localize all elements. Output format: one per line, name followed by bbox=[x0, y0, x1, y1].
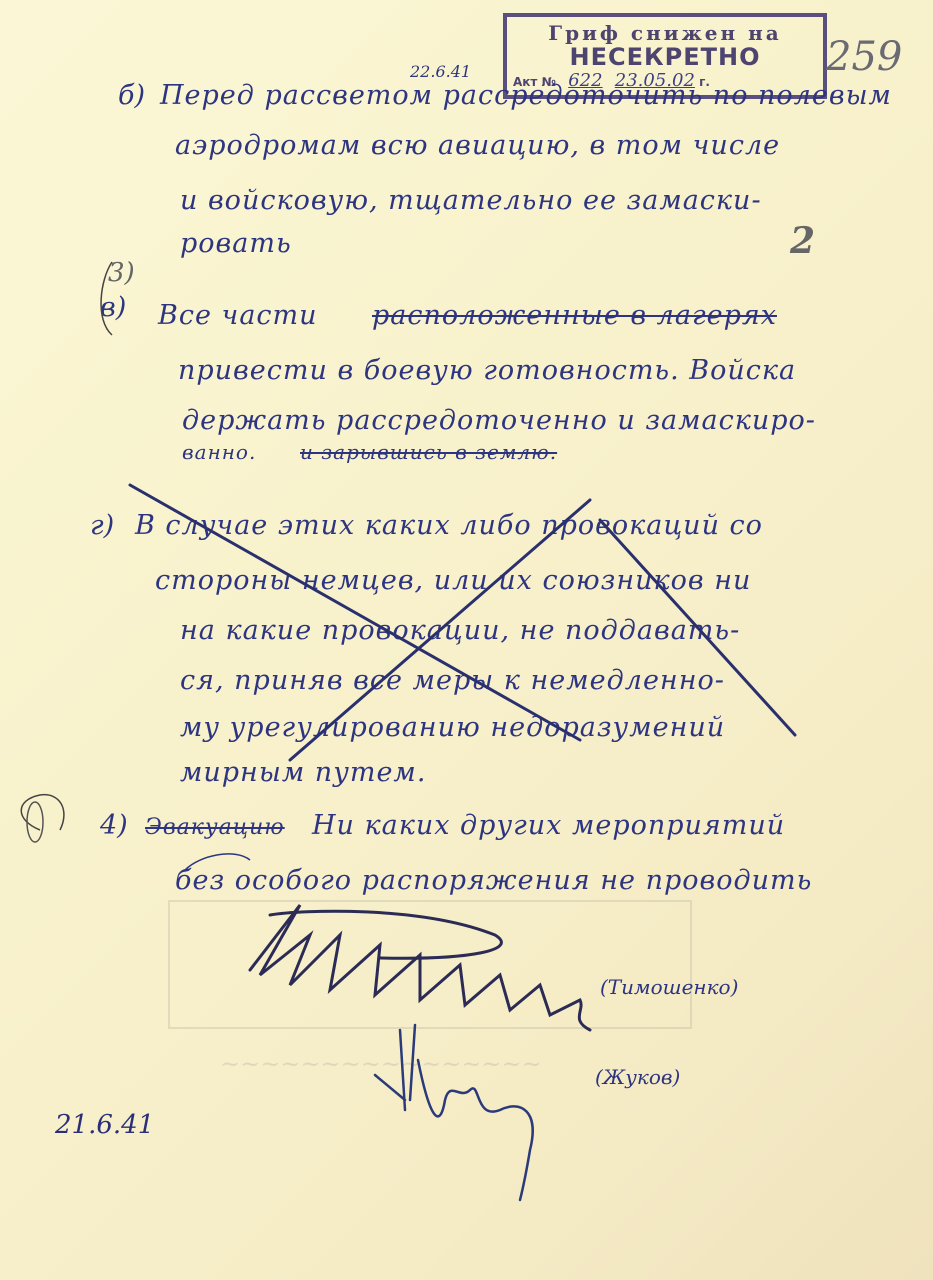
faded-background-stamp bbox=[168, 900, 692, 1029]
paragraph-4-line-1: Ни каких других мероприятий bbox=[312, 810, 785, 841]
paragraph-v-struck-1: расположенные в лагерях bbox=[372, 300, 777, 331]
signatory-name-timoshenko: (Тимошенко) bbox=[600, 975, 738, 999]
paragraph-4-struck-prefix: Эвакуацию bbox=[145, 815, 285, 840]
pencil-mark: 2 bbox=[790, 220, 815, 262]
paragraph-b-line-2: аэродромам всю авиацию, в том числе bbox=[175, 130, 780, 161]
document-page: ~~~~~~~~~~~~~~~~ Гриф снижен на НЕСЕКРЕТ… bbox=[0, 0, 933, 1280]
paragraph-b-line-1: Перед рассветом рассредоточить по полевы… bbox=[160, 80, 892, 111]
paragraph-g-line-4: ся, приняв все меры к немедленно- bbox=[180, 665, 725, 696]
paragraph-b-line-4: ровать bbox=[180, 228, 292, 259]
stamp-line-2: НЕСЕКРЕТНО bbox=[507, 45, 823, 69]
signature-zhukov-icon bbox=[375, 1025, 533, 1200]
document-date: 21.6.41 bbox=[55, 1110, 154, 1140]
paragraph-g-line-5: му урегулированию недоразумений bbox=[180, 712, 725, 743]
paragraph-v-struck-2: и зарывшись в землю. bbox=[300, 440, 557, 464]
paragraph-marker-b: б) bbox=[118, 80, 145, 111]
paragraph-marker-v: в) bbox=[100, 292, 126, 323]
paragraph-marker-g: г) bbox=[90, 510, 114, 541]
paragraph-g-line-2: стороны немцев, или их союзников ни bbox=[155, 565, 751, 596]
paragraph-v-line-4: ванно. bbox=[182, 440, 256, 464]
paragraph-g-line-3: на какие провокации, не поддавать- bbox=[180, 615, 740, 646]
paragraph-v-line-3: держать рассредоточенно и замаскиро- bbox=[182, 405, 816, 436]
paragraph-4-line-2: без особого распоряжения не проводить bbox=[175, 865, 812, 896]
paragraph-g-line-1: В случае этих каких либо провокаций со bbox=[135, 510, 763, 541]
insert-date: 22.6.41 bbox=[410, 62, 471, 81]
paragraph-alt-marker: 3) bbox=[108, 258, 135, 288]
paragraph-b-line-3: и войсковую, тщательно ее замаски- bbox=[180, 185, 762, 216]
paragraph-v-line-1: Все части bbox=[158, 300, 318, 331]
stamp-line-1: Гриф снижен на bbox=[507, 21, 823, 45]
signatory-name-zhukov: (Жуков) bbox=[595, 1065, 680, 1089]
paragraph-v-line-2: привести в боевую готовность. Войска bbox=[178, 355, 796, 386]
paragraph-g-line-6: мирным путем. bbox=[180, 757, 426, 788]
bleed-through-text: ~~~~~~~~~~~~~~~~ bbox=[220, 1050, 542, 1078]
page-number: 259 bbox=[826, 34, 902, 80]
paragraph-marker-4: 4) bbox=[100, 810, 128, 841]
